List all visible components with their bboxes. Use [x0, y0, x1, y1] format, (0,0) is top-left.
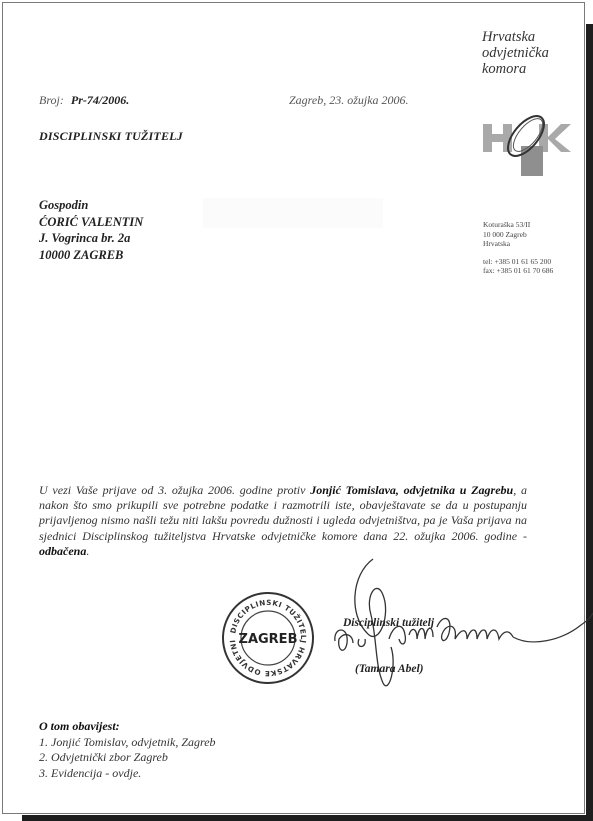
- org-name-line: odvjetnička: [482, 45, 549, 61]
- org-name-line: komora: [482, 61, 549, 77]
- body-text-segment: .: [86, 544, 89, 558]
- signatory-name: (Tamara Abel): [355, 663, 423, 675]
- recipient-city: 10000 ZAGREB: [39, 247, 143, 264]
- distribution-item: 1. Jonjić Tomislav, odvjetnik, Zagreb: [39, 735, 216, 751]
- letter-page: Hrvatska odvjetnička komora Broj: Pr-74/…: [2, 2, 585, 814]
- recipient-salutation: Gospodin: [39, 197, 143, 214]
- reference-number: Broj: Pr-74/2006.: [39, 93, 129, 108]
- recipient-address: Gospodin ĆORIĆ VALENTIN J. Vogrinca br. …: [39, 197, 143, 263]
- reference-label: Broj:: [39, 93, 64, 107]
- distribution-item: 3. Evidencija - ovdje.: [39, 766, 216, 782]
- letter-date: Zagreb, 23. ožujka 2006.: [289, 93, 409, 108]
- scan-artifact: [203, 198, 383, 228]
- distribution-item: 2. Odvjetnički zbor Zagreb: [39, 750, 216, 766]
- organization-contact: Koturaška 53/II 10 000 Zagreb Hrvatska t…: [483, 220, 553, 276]
- signatory-title: Disciplinski tužitelj: [343, 617, 434, 629]
- distribution-heading: O tom obavijest:: [39, 719, 216, 735]
- official-stamp-icon: DISCIPLINSKI TUŽITELJ HRVATSKE ODVJETNIČ…: [221, 591, 315, 685]
- accused-name: Jonjić Tomislava, odvjetnika u Zagrebu: [310, 483, 513, 497]
- distribution-list: O tom obavijest: 1. Jonjić Tomislav, odv…: [39, 719, 216, 781]
- decision-word: odbačena: [39, 544, 86, 558]
- recipient-name: ĆORIĆ VALENTIN: [39, 214, 143, 231]
- address-line: Hrvatska: [483, 239, 553, 249]
- letter-body: U vezi Vaše prijave od 3. ožujka 2006. g…: [39, 483, 527, 559]
- address-line: Koturaška 53/II: [483, 220, 553, 230]
- fax-number: fax: +385 01 61 70 686: [483, 266, 553, 276]
- address-line: 10 000 Zagreb: [483, 230, 553, 240]
- body-text-segment: U vezi Vaše prijave od 3. ožujka 2006. g…: [39, 483, 310, 497]
- page-shadow-right: [586, 24, 593, 821]
- hok-logo-icon: [481, 114, 571, 186]
- page-shadow-bottom: [22, 815, 593, 821]
- phone-number: tel: +385 01 61 65 200: [483, 257, 553, 267]
- recipient-street: J. Vogrinca br. 2a: [39, 230, 143, 247]
- organization-name: Hrvatska odvjetnička komora: [482, 29, 549, 77]
- sender-title: DISCIPLINSKI TUŽITELJ: [39, 129, 183, 144]
- reference-value: Pr-74/2006.: [71, 93, 129, 107]
- org-name-line: Hrvatska: [482, 29, 549, 45]
- stamp-center-text: ZAGREB: [239, 632, 298, 647]
